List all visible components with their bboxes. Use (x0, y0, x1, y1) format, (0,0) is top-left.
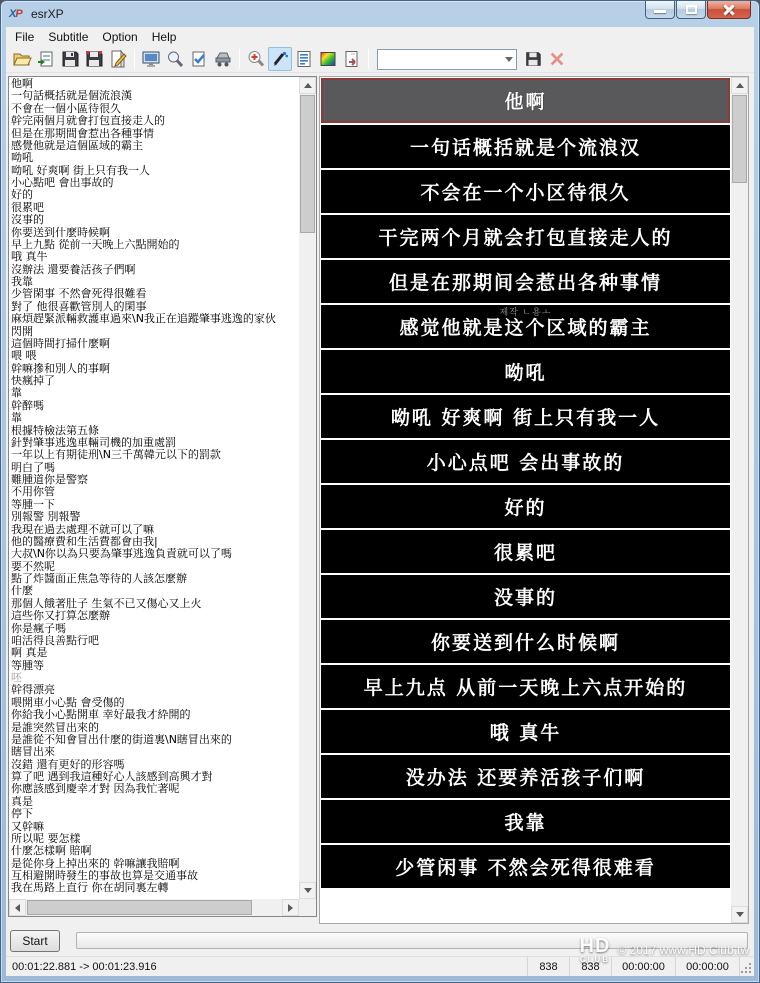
list-line[interactable]: 對了 他很喜歡管別人的閑事 (11, 301, 298, 313)
list-line[interactable]: 沒事的 (11, 214, 298, 226)
list-vertical-scrollbar (299, 77, 316, 899)
triangle-right-icon (288, 904, 297, 912)
save-preset-button[interactable] (521, 47, 545, 71)
list-line[interactable]: 我在馬路上直行 你在胡同裏左轉 (11, 882, 298, 894)
list-line[interactable]: 快瘋掉了 (11, 375, 298, 387)
maximize-button[interactable] (676, 1, 706, 19)
list-line[interactable]: 閃開 (11, 326, 298, 338)
toolbar-separator (368, 49, 369, 69)
list-line[interactable]: 一句話概括就是個流浪漢 (11, 90, 298, 102)
strip-text: 很累吧 (494, 538, 557, 565)
export-page-icon (342, 49, 362, 69)
list-line[interactable]: 一年以上有期徒刑\N三千萬韓元以下的罰款 (11, 449, 298, 461)
verify-page-button[interactable] (187, 47, 211, 71)
delete-preset-button[interactable] (545, 47, 569, 71)
strip-list: 他啊一句话概括就是个流浪汉不会在一个小区待很久干完两个月就会打包直接走人的但是在… (321, 78, 730, 922)
list-line[interactable]: 幹得漂亮 (11, 684, 298, 696)
save-frames-button[interactable] (82, 47, 106, 71)
list-line[interactable]: 麻煩趕緊派輛救護車過來\N我正在追蹤肇事逃逸的家伙 (11, 313, 298, 325)
list-line[interactable]: 停下 (11, 808, 298, 820)
esrxp-window: XP esrXP File Subtitle Option Help (0, 0, 760, 983)
chevron-down-icon[interactable] (501, 50, 516, 69)
list-line[interactable]: 瞎冒出來 (11, 746, 298, 758)
subtitle-strip[interactable]: 没办法 还要养活孩子们啊 (321, 755, 730, 798)
subtitle-strip[interactable]: 但是在那期间会惹出各种事情 (321, 260, 730, 303)
strip-text: 但是在那期间会惹出各种事情 (389, 268, 662, 295)
list-line[interactable]: 哦 真牛 (11, 251, 298, 263)
scroll-down-button[interactable] (731, 906, 748, 923)
preview-monitor-button[interactable] (139, 47, 163, 71)
zoom-in-icon (246, 49, 266, 69)
color-palette-button[interactable] (316, 47, 340, 71)
list-line[interactable]: 沒辦法 還要養活孩子們啊 (11, 264, 298, 276)
subtitle-strip[interactable]: 哦 真牛 (321, 710, 730, 753)
text-document-icon (294, 49, 314, 69)
list-line[interactable]: 咱活得良善點行吧 (11, 635, 298, 647)
list-line[interactable]: 幹醉嗎 (11, 400, 298, 412)
list-line[interactable]: 是誰突然冒出來的 (11, 722, 298, 734)
elapsed-time: 00:00:00 (611, 957, 675, 976)
strip-text: 我靠 (504, 808, 546, 835)
window-title: esrXP (31, 7, 64, 21)
subtitle-strip[interactable]: 小心点吧 会出事故的 (321, 440, 730, 483)
statusbar: 00:01:22.881 -> 00:01:23.916 838 838 00:… (6, 956, 754, 976)
list-line[interactable]: 但是在那期間會惹出各種事情 (11, 128, 298, 140)
list-line[interactable]: 喂 喂 (11, 350, 298, 362)
list-line[interactable]: 要不然呢 (11, 561, 298, 573)
color-palette-icon (318, 49, 338, 69)
strip-text: 哦 真牛 (490, 718, 562, 745)
list-line[interactable]: 那個人餓著肚子 生氣不已又傷心又上火 (11, 598, 298, 610)
list-line[interactable]: 好的 (11, 189, 298, 201)
menubar: File Subtitle Option Help (6, 27, 754, 46)
subtitle-strip[interactable]: 你要送到什么时候啊 (321, 620, 730, 663)
toolbar-separator (134, 49, 135, 69)
list-line[interactable]: 早上九點 從前一天晚上六點開始的 (11, 239, 298, 251)
triangle-left-icon (11, 904, 20, 912)
delete-preset-icon (548, 50, 566, 68)
list-line[interactable]: 啊 真是 (11, 647, 298, 659)
text-document-button[interactable] (292, 47, 316, 71)
list-line[interactable]: 是從你身上掉出來的 幹嘛讓我賠啊 (11, 858, 298, 870)
list-line[interactable]: 明白了嗎 (11, 462, 298, 474)
scroll-right-button[interactable] (282, 899, 299, 916)
zoom-in-button[interactable] (244, 47, 268, 71)
subtitle-strip-selected[interactable]: 他啊 (321, 78, 730, 123)
list-line[interactable]: 他啊 (11, 78, 298, 90)
scroll-down-button[interactable] (299, 882, 316, 899)
list-line[interactable]: 小心點吧 會出事故的 (11, 177, 298, 189)
subtitle-strip[interactable]: 好的 (321, 485, 730, 528)
menu-subtitle[interactable]: Subtitle (41, 28, 95, 46)
list-line[interactable]: 等腫等 (11, 660, 298, 672)
strip-text: 早上九点 从前一天晚上六点开始的 (364, 673, 688, 700)
frame-cutter-icon (213, 49, 233, 69)
start-button[interactable]: Start (10, 930, 60, 952)
preview-monitor-icon (141, 49, 161, 69)
strip-text: 没事的 (494, 583, 557, 610)
open-folder-icon (12, 49, 32, 69)
triangle-down-icon (736, 912, 744, 921)
list-line[interactable]: 他的醫療費和生活費都會由我| (11, 536, 298, 548)
list-line[interactable]: 等腫一下 (11, 499, 298, 511)
strip-artifact-text: 제작 ㄴ용ㅗ (321, 305, 730, 318)
subtitle-strip[interactable]: 少管闲事 不然会死得很难看 (321, 845, 730, 888)
list-line[interactable]: 幹嘛摻和別人的事啊 (11, 363, 298, 375)
save-button[interactable] (58, 47, 82, 71)
subtitle-strip[interactable]: 干完两个月就会打包直接走人的 (321, 215, 730, 258)
list-line[interactable]: 幹完兩個月就會打包直接走人的 (11, 115, 298, 127)
save-preset-icon (524, 50, 542, 68)
subtitle-strip[interactable]: 제작 ㄴ용ㅗ感觉他就是这个区域的霸主 (321, 305, 730, 348)
save-frames-icon (84, 49, 104, 69)
close-icon (708, 1, 750, 18)
menu-file[interactable]: File (8, 28, 41, 46)
menu-help[interactable]: Help (145, 28, 184, 46)
progress-bar (76, 932, 748, 949)
menu-option[interactable]: Option (95, 28, 144, 46)
list-line[interactable]: 感覺他就是這個區域的霸主 (11, 140, 298, 152)
strip-text: 干完两个月就会打包直接走人的 (378, 223, 672, 250)
list-line[interactable]: 所以呢 要怎樣 (11, 833, 298, 845)
strip-text: 少管闲事 不然会死得很难看 (395, 853, 656, 880)
list-line[interactable]: 我靠 (11, 276, 298, 288)
strip-text: 不会在一个小区待很久 (420, 178, 630, 205)
list-line[interactable]: 我現在過去處理不就可以了嘛 (11, 524, 298, 536)
list-line[interactable]: 針對肇事逃逸車輛司機的加重處罰 (11, 437, 298, 449)
subtitle-strip[interactable]: 我靠 (321, 800, 730, 843)
list-line[interactable]: 又幹嘛 (11, 821, 298, 833)
list-line[interactable]: 別報警 別報警 (11, 511, 298, 523)
strip-text: 一句话概括就是个流浪汉 (410, 133, 641, 160)
list-line[interactable]: 你給我小心點開車 幸好最我才紣開的 (11, 709, 298, 721)
scrollbar-thumb[interactable] (732, 95, 747, 183)
scrollbar-thumb[interactable] (27, 900, 252, 915)
frame-count: 838 (527, 957, 569, 976)
search-magnifier-icon (165, 49, 185, 69)
scroll-up-button[interactable] (731, 77, 748, 94)
triangle-down-icon (304, 888, 312, 897)
list-horizontal-scrollbar (9, 899, 299, 916)
remaining-time: 00:00:00 (675, 957, 739, 976)
scroll-left-button[interactable] (9, 899, 26, 916)
subtitle-strip[interactable]: 一句话概括就是个流浪汉 (321, 125, 730, 168)
pen-tool-icon (270, 49, 290, 69)
app-icon: XP (9, 7, 26, 22)
export-page-button[interactable] (340, 47, 364, 71)
list-line[interactable]: 這些你又打算怎麼辦 (11, 610, 298, 622)
image-vertical-scrollbar (731, 77, 748, 923)
strip-text: 小心点吧 会出事故的 (427, 448, 625, 475)
list-line[interactable]: 靠 (11, 412, 298, 424)
titlebar[interactable]: XP esrXP (1, 1, 759, 27)
list-line[interactable]: 喂開車小心點 會受傷的 (11, 697, 298, 709)
frame-cutter-button[interactable] (211, 47, 235, 71)
list-line[interactable]: 難腫道你是警察 (11, 474, 298, 486)
pen-tool-button[interactable] (268, 47, 292, 71)
list-line[interactable]: 呦吼 好爽啊 街上只有我一人 (11, 165, 298, 177)
list-line[interactable]: 不會在一個小區待很久 (11, 103, 298, 115)
subtitle-strip[interactable]: 没事的 (321, 575, 730, 618)
verify-page-icon (189, 49, 209, 69)
ocr-text-listbox: 他啊一句話概括就是個流浪漢不會在一個小區待很久幹完兩個月就會打包直接走人的但是在… (8, 76, 317, 917)
maximize-icon (686, 5, 697, 14)
save-icon (60, 49, 80, 69)
open-video-icon (36, 49, 56, 69)
strip-text: 好的 (504, 493, 546, 520)
list-line[interactable]: 什麼怎樣啊 賠啊 (11, 845, 298, 857)
time-range: 00:01:22.881 -> 00:01:23.916 (6, 957, 527, 976)
subtitle-strip[interactable]: 早上九点 从前一天晚上六点开始的 (321, 665, 730, 708)
list-line[interactable]: 很累吧 (11, 202, 298, 214)
ocr-text-list: 他啊一句話概括就是個流浪漢不會在一個小區待很久幹完兩個月就會打包直接走人的但是在… (11, 78, 298, 898)
open-folder-button[interactable] (10, 47, 34, 71)
subtitle-strip[interactable]: 很累吧 (321, 530, 730, 573)
edit-script-icon (108, 49, 128, 69)
list-line[interactable]: 你應該感到慶幸才對 因為我忙著呢 (11, 783, 298, 795)
list-line[interactable]: 點了炸醬面正焦急等待的人該怎麼辦 (11, 573, 298, 585)
frame-total: 838 (569, 957, 611, 976)
resize-grip[interactable] (739, 957, 754, 976)
scrollbar-thumb[interactable] (300, 95, 315, 233)
list-line[interactable]: 算了吧 遇到我這種好心人該感到高興才對 (11, 771, 298, 783)
edit-script-button[interactable] (106, 47, 130, 71)
list-line[interactable]: 互相避開時發生的事故也算是交通事故 (11, 870, 298, 882)
list-line[interactable]: 不用你管 (11, 486, 298, 498)
toolbar-separator (239, 49, 240, 69)
strip-text: 呦吼 (504, 358, 546, 385)
search-button[interactable] (163, 47, 187, 71)
toolbar (6, 46, 754, 73)
list-line[interactable]: 呦吼 (11, 152, 298, 164)
list-line[interactable]: 你是瘋子嗎 (11, 623, 298, 635)
list-line[interactable]: 靠 (11, 387, 298, 399)
scroll-up-button[interactable] (299, 77, 316, 94)
subtitle-strip[interactable]: 不会在一个小区待很久 (321, 170, 730, 213)
client-area: File Subtitle Option Help (6, 27, 754, 976)
triangle-up-icon (304, 79, 312, 88)
list-line[interactable]: 是誰從不知會冒出什麼的街道裏\N瞎冒出來的 (11, 734, 298, 746)
list-line[interactable]: 根據特檢法第五條 (11, 425, 298, 437)
list-line[interactable]: 真是 (11, 796, 298, 808)
strip-text: 呦吼 好爽啊 街上只有我一人 (391, 403, 660, 430)
list-line[interactable]: 呸 (11, 672, 298, 684)
preset-combobox[interactable] (377, 49, 517, 70)
minimize-icon (654, 10, 666, 13)
list-line[interactable]: 沒錯 還有更好的形容嗎 (11, 759, 298, 771)
list-line[interactable]: 你要送到什麼時候啊 (11, 227, 298, 239)
list-line[interactable]: 大叔\N你以為只要為肇事逃逸負責就可以了嗎 (11, 548, 298, 560)
scrollbar-corner (299, 899, 316, 916)
triangle-up-icon (736, 79, 744, 88)
list-line[interactable]: 少管閑事 不然會死得很難看 (11, 288, 298, 300)
open-video-button[interactable] (34, 47, 58, 71)
bottom-row: Start (6, 926, 754, 956)
minimize-button[interactable] (645, 1, 675, 19)
strip-text: 没办法 还要养活孩子们啊 (406, 763, 646, 790)
strip-text: 你要送到什么时候啊 (431, 628, 620, 655)
main-content: 他啊一句話概括就是個流浪漢不會在一個小區待很久幹完兩個月就會打包直接走人的但是在… (6, 73, 754, 926)
list-line[interactable]: 什麼 (11, 585, 298, 597)
close-button[interactable] (707, 1, 751, 19)
list-line[interactable]: 這個時間打掃什麼啊 (11, 338, 298, 350)
subtitle-image-panel: 他啊一句话概括就是个流浪汉不会在一个小区待很久干完两个月就会打包直接走人的但是在… (319, 76, 749, 924)
subtitle-strip[interactable]: 呦吼 好爽啊 街上只有我一人 (321, 395, 730, 438)
strip-text: 他啊 (504, 87, 546, 114)
subtitle-strip[interactable]: 呦吼 (321, 350, 730, 393)
